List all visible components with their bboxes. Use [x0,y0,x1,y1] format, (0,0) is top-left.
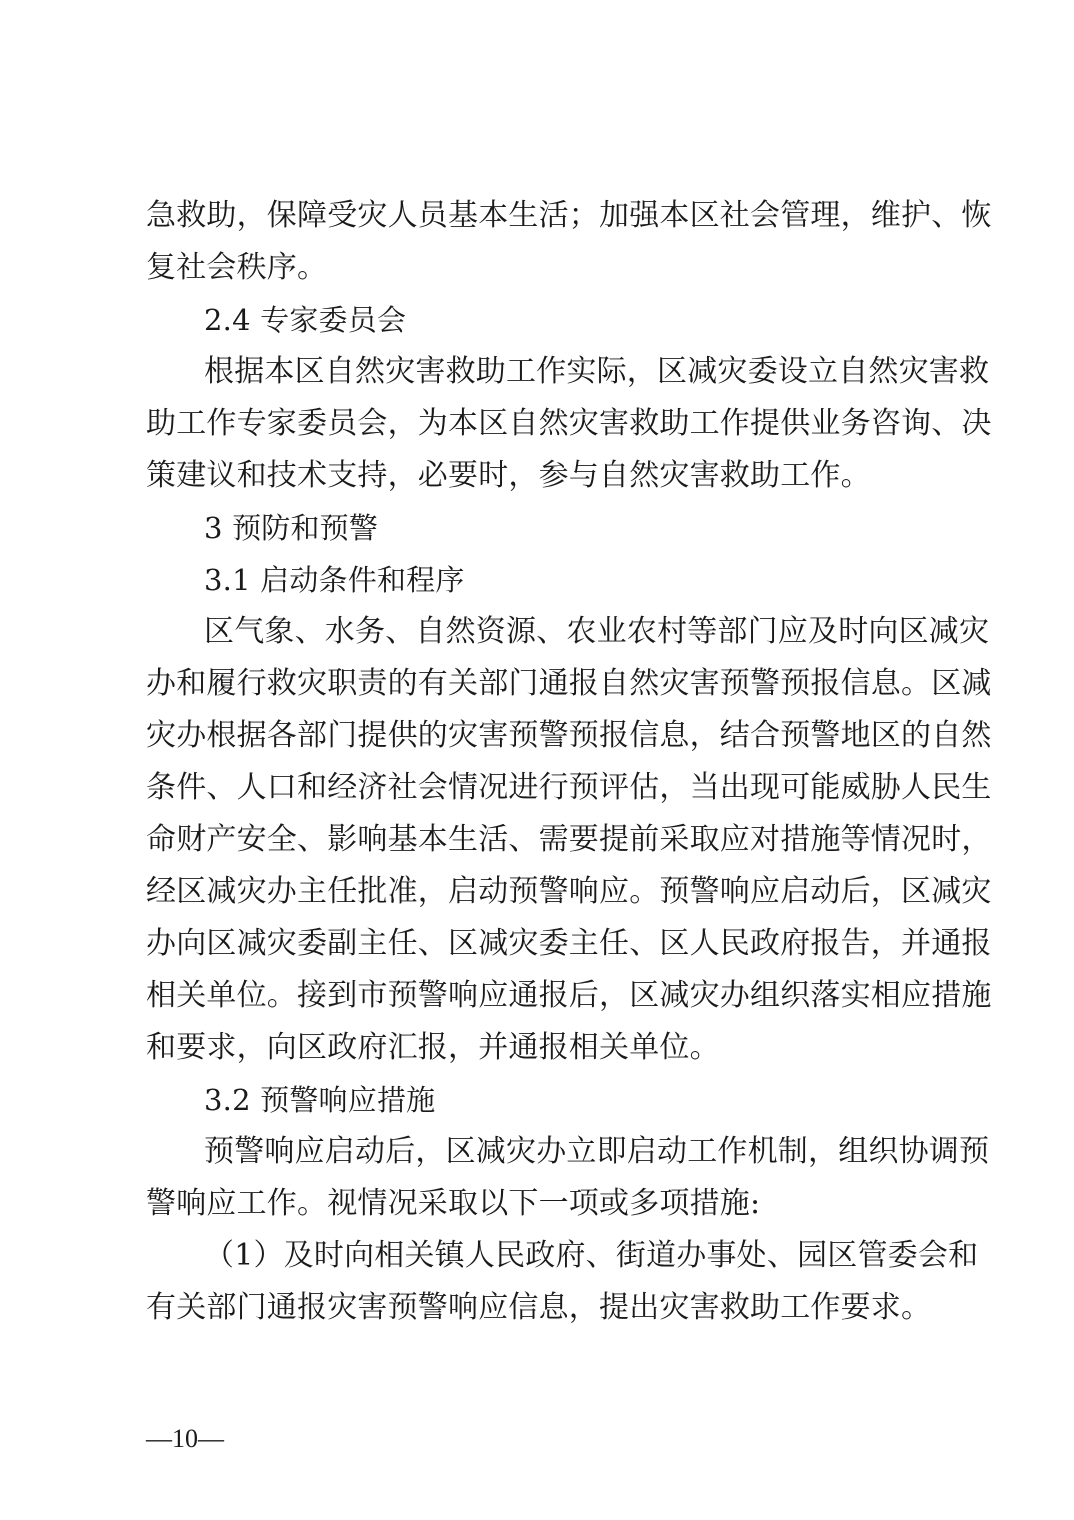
paragraph-line: 复社会秩序。 [146,248,942,288]
section-heading-2-4: 2.4 专家委员会 [146,300,942,340]
paragraph-line: 有关部门通报灾害预警响应信息，提出灾害救助工作要求。 [146,1288,942,1328]
paragraph-line: 命财产安全、影响基本生活、需要提前采取应对措施等情况时， [146,820,942,860]
paragraph-line: 区气象、水务、自然资源、农业农村等部门应及时向区减灾 [146,612,942,652]
paragraph-line: 办向区减灾委副主任、区减灾委主任、区人民政府报告，并通报 [146,924,942,964]
page-number: —10— [146,1424,224,1454]
section-heading-3-2: 3.2 预警响应措施 [146,1080,942,1120]
paragraph-line: 助工作专家委员会，为本区自然灾害救助工作提供业务咨询、决 [146,404,942,444]
paragraph-line: 相关单位。接到市预警响应通报后，区减灾办组织落实相应措施 [146,976,942,1016]
paragraph-line: 灾办根据各部门提供的灾害预警预报信息，结合预警地区的自然 [146,716,942,756]
section-heading-3-1: 3.1 启动条件和程序 [146,560,942,600]
section-heading-3: 3 预防和预警 [146,508,942,548]
paragraph-line: 策建议和技术支持，必要时，参与自然灾害救助工作。 [146,456,942,496]
paragraph-line: 警响应工作。视情况采取以下一项或多项措施: [146,1184,942,1224]
paragraph-line: 预警响应启动后，区减灾办立即启动工作机制，组织协调预 [146,1132,942,1172]
paragraph-line: 和要求，向区政府汇报，并通报相关单位。 [146,1028,942,1068]
list-item-1: （1）及时向相关镇人民政府、街道办事处、园区管委会和 [146,1236,942,1276]
paragraph-line: 根据本区自然灾害救助工作实际，区减灾委设立自然灾害救 [146,352,942,392]
paragraph-line: 经区减灾办主任批准，启动预警响应。预警响应启动后，区减灾 [146,872,942,912]
paragraph-line: 急救助，保障受灾人员基本生活；加强本区社会管理，维护、恢 [146,196,942,236]
paragraph-line: 条件、人口和经济社会情况进行预评估，当出现可能威胁人民生 [146,768,942,808]
paragraph-line: 办和履行救灾职责的有关部门通报自然灾害预警预报信息。区减 [146,664,942,704]
